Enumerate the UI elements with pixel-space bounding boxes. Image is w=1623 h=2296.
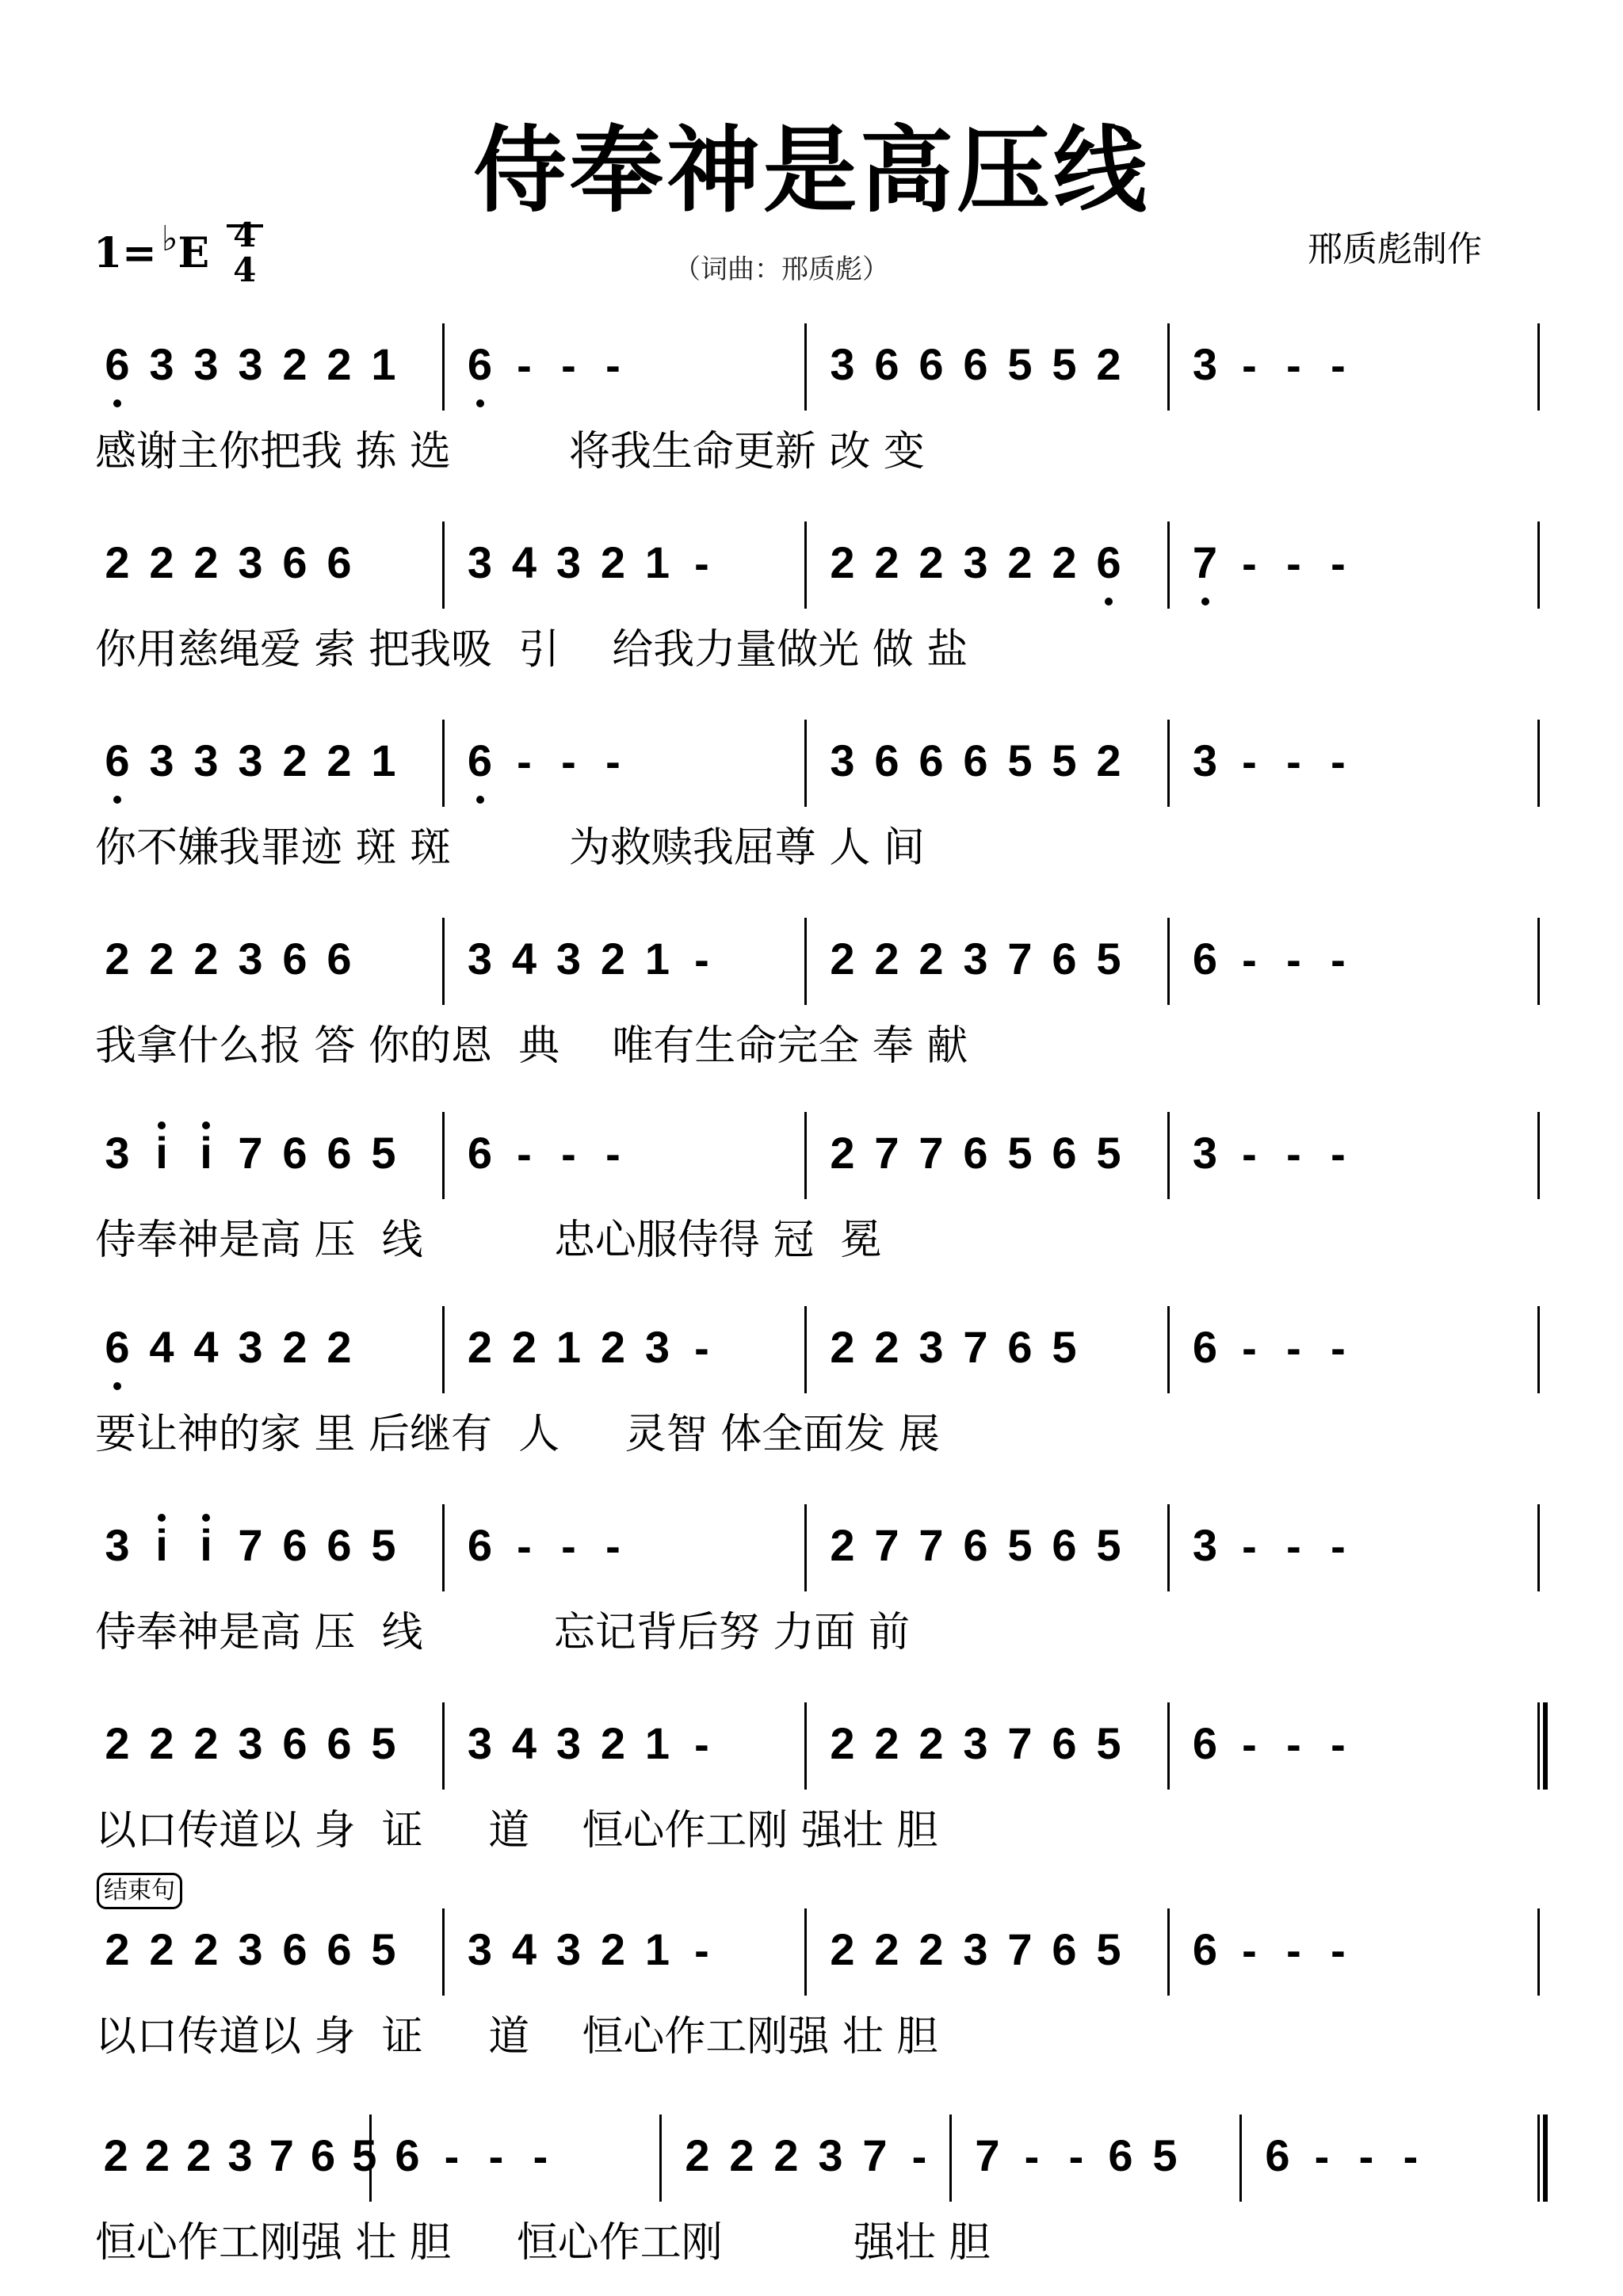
score-row: 3ii76656---27765653---侍奉神是高 压 线 忘记背后努 力面… xyxy=(95,1498,1545,1664)
note: 3 xyxy=(820,713,865,808)
sustain-dash: - xyxy=(1228,537,1272,589)
note: 6 xyxy=(273,1696,317,1791)
barline xyxy=(1167,918,1170,1005)
note: 6 xyxy=(317,515,361,610)
measure: 2223226 xyxy=(820,515,1183,610)
song-title: 侍奉神是高压线 xyxy=(0,95,1623,230)
final-barline xyxy=(1537,2115,1548,2202)
note: 7 xyxy=(1183,515,1228,610)
barline xyxy=(1537,720,1540,807)
measure: 34321- xyxy=(458,1902,821,1997)
note: 7 xyxy=(998,911,1042,1007)
measure: 3666552 xyxy=(820,713,1183,808)
sustain-dash: - xyxy=(1344,2130,1388,2182)
sustain-dash: - xyxy=(591,339,636,391)
note: 3 xyxy=(1183,317,1228,412)
sustain-dash: - xyxy=(680,1924,724,1976)
note: 2 xyxy=(139,1696,184,1791)
sustain-dash: - xyxy=(518,2130,563,2182)
note: 7 xyxy=(228,1498,273,1593)
notation-line: 22236634321-22237656--- xyxy=(95,911,1545,1007)
barline xyxy=(804,720,807,807)
barline xyxy=(1167,1112,1170,1199)
note: 3 xyxy=(547,1696,591,1791)
measure: 2776565 xyxy=(820,1106,1183,1201)
barline xyxy=(1537,1112,1540,1199)
barline xyxy=(1537,918,1540,1005)
lyrics-line: 恒心作工刚强 壮 胆 恒心作工刚 强壮 胆 xyxy=(95,2211,1545,2275)
note: 2 xyxy=(865,515,909,610)
measure: 2223665 xyxy=(95,1902,458,1997)
note: 6 xyxy=(95,317,139,412)
sustain-dash: - xyxy=(547,1520,591,1572)
note: 6 xyxy=(273,1498,317,1593)
note: 7 xyxy=(953,1300,998,1395)
sustain-dash: - xyxy=(502,735,547,787)
note: 2 xyxy=(184,1902,228,1997)
note: 5 xyxy=(1042,713,1086,808)
note: 5 xyxy=(1042,317,1086,412)
sustain-dash: - xyxy=(680,934,724,985)
note: 2 xyxy=(820,515,865,610)
note: 5 xyxy=(361,1696,406,1791)
note: 2 xyxy=(998,515,1042,610)
note: 1 xyxy=(636,911,680,1007)
note: 2 xyxy=(909,515,953,610)
note: 6 xyxy=(953,317,998,412)
measure: 3--- xyxy=(1183,1106,1546,1201)
note: 3 xyxy=(547,911,591,1007)
sustain-dash: - xyxy=(591,735,636,787)
note: 6 xyxy=(1098,2108,1143,2203)
sustain-dash: - xyxy=(1228,1322,1272,1373)
barline xyxy=(949,2115,952,2202)
note: 1 xyxy=(361,713,406,808)
barline xyxy=(804,323,807,411)
note: 4 xyxy=(502,1902,547,1997)
note: 5 xyxy=(1086,911,1131,1007)
note: 3 xyxy=(1183,713,1228,808)
note: 3 xyxy=(547,515,591,610)
note: i xyxy=(184,1498,228,1593)
note: 5 xyxy=(998,1498,1042,1593)
measure: 6--- xyxy=(385,2108,675,2203)
note: 2 xyxy=(1042,515,1086,610)
sustain-dash: - xyxy=(430,2130,474,2182)
lyrics-line: 以口传道以 身 证 道 恒心作工刚 强壮 胆 xyxy=(95,1799,1545,1862)
note: 6 xyxy=(458,713,502,808)
measure: 3--- xyxy=(1183,317,1546,412)
sustain-dash: - xyxy=(1228,934,1272,985)
measure: 3--- xyxy=(1183,713,1546,808)
note: 6 xyxy=(95,1300,139,1395)
measure: 6--- xyxy=(458,317,821,412)
note: 6 xyxy=(909,713,953,808)
sustain-dash: - xyxy=(680,1322,724,1373)
note: 6 xyxy=(1042,1106,1086,1201)
notation-line: 63332216---36665523--- xyxy=(95,713,1545,808)
lyrics-line: 侍奉神是高 压 线 忠心服侍得 冠 冕 xyxy=(95,1209,1545,1272)
note: 2 xyxy=(591,1300,636,1395)
note: 2 xyxy=(820,1498,865,1593)
note: 5 xyxy=(998,1106,1042,1201)
note: 3 xyxy=(228,1696,273,1791)
sustain-dash: - xyxy=(680,1718,724,1770)
note: 3 xyxy=(458,515,502,610)
key-name: E xyxy=(178,229,210,277)
notation-line: 22236634321-22232267--- xyxy=(95,515,1545,610)
sustain-dash: - xyxy=(1228,339,1272,391)
note: 5 xyxy=(998,317,1042,412)
measure: 223765 xyxy=(820,1300,1183,1395)
note: 2 xyxy=(184,911,228,1007)
note: 6 xyxy=(1183,1696,1228,1791)
barline xyxy=(442,323,445,411)
maker-credit: 邢质彪制作 xyxy=(1308,220,1482,271)
measure: 22237- xyxy=(675,2108,965,2203)
note: 3 xyxy=(1183,1498,1228,1593)
note: 2 xyxy=(909,1696,953,1791)
barline xyxy=(804,1112,807,1199)
barline xyxy=(804,918,807,1005)
measure: 22123- xyxy=(458,1300,821,1395)
note: 4 xyxy=(184,1300,228,1395)
measure: 2223765 xyxy=(820,1902,1183,1997)
sustain-dash: - xyxy=(1272,339,1316,391)
sustain-dash: - xyxy=(1316,1322,1361,1373)
measure: 6333221 xyxy=(95,317,458,412)
measure: 2223765 xyxy=(820,911,1183,1007)
measure: 6--- xyxy=(1255,2108,1545,2203)
note: 3 xyxy=(636,1300,680,1395)
measure: 6--- xyxy=(1183,1696,1546,1791)
sustain-dash: - xyxy=(1272,1128,1316,1179)
barline xyxy=(804,1306,807,1393)
note: 3 xyxy=(953,1902,998,1997)
sustain-dash: - xyxy=(1316,1718,1361,1770)
sustain-dash: - xyxy=(1272,934,1316,985)
measure: 6--- xyxy=(458,1498,821,1593)
note: 6 xyxy=(273,1106,317,1201)
note: 6 xyxy=(1042,911,1086,1007)
score-row: 22236634321-22232267---你用慈绳爱 索 把我吸 引 给我力… xyxy=(95,515,1545,682)
barline xyxy=(1167,1504,1170,1591)
sustain-dash: - xyxy=(1272,1322,1316,1373)
measure: 7--- xyxy=(1183,515,1546,610)
note: 5 xyxy=(998,713,1042,808)
note: 2 xyxy=(591,1696,636,1791)
measure: 3--- xyxy=(1183,1498,1546,1593)
measure: 2223665 xyxy=(95,1696,458,1791)
sustain-dash: - xyxy=(1388,2130,1433,2182)
note: 2 xyxy=(317,1300,361,1395)
sustain-dash: - xyxy=(1228,1520,1272,1572)
note: 2 xyxy=(865,1902,909,1997)
notation-line: 22237656---22237-7--656--- xyxy=(95,2108,1545,2203)
score-row: 22236634321-22237656---我拿什么报 答 你的恩 典 唯有生… xyxy=(95,911,1545,1078)
notation-line: 3ii76656---27765653--- xyxy=(95,1106,1545,1201)
note: 6 xyxy=(317,1106,361,1201)
note: 5 xyxy=(361,1498,406,1593)
measure: 34321- xyxy=(458,515,821,610)
barline xyxy=(804,521,807,609)
note: 3 xyxy=(139,713,184,808)
sustain-dash: - xyxy=(1316,1520,1361,1572)
time-signature: 4 4 xyxy=(233,218,256,288)
note: 2 xyxy=(820,1902,865,1997)
note: 2 xyxy=(820,1106,865,1201)
sustain-dash: - xyxy=(1316,934,1361,985)
score-row: 63332216---36665523---感谢主你把我 拣 选 将我生命更新 … xyxy=(95,317,1545,483)
key-signature: 1= ♭ E 4 4 xyxy=(94,218,256,288)
barline xyxy=(1167,720,1170,807)
note: 2 xyxy=(184,515,228,610)
sustain-dash: - xyxy=(474,2130,518,2182)
note: 3 xyxy=(95,1498,139,1593)
note: 3 xyxy=(909,1300,953,1395)
barline xyxy=(804,1908,807,1996)
note: 2 xyxy=(820,1300,865,1395)
note: 2 xyxy=(591,515,636,610)
note: 5 xyxy=(1042,1300,1086,1395)
note: 5 xyxy=(361,1106,406,1201)
note: 2 xyxy=(317,317,361,412)
notation-line: 3ii76656---27765653--- xyxy=(95,1498,1545,1593)
note: 2 xyxy=(1086,317,1131,412)
measure: 6--- xyxy=(1183,1300,1546,1395)
sustain-dash: - xyxy=(1272,735,1316,787)
barline xyxy=(369,2115,372,2202)
barline xyxy=(442,1702,445,1790)
measure: 222366 xyxy=(95,515,458,610)
note: 2 xyxy=(95,911,139,1007)
note: 7 xyxy=(965,2108,1010,2203)
note: 2 xyxy=(820,1696,865,1791)
sustain-dash: - xyxy=(547,1128,591,1179)
measure: 222366 xyxy=(95,911,458,1007)
note: 5 xyxy=(1086,1498,1131,1593)
sustain-dash: - xyxy=(1316,735,1361,787)
note: 2 xyxy=(95,1902,139,1997)
score-row: 63332216---36665523---你不嫌我罪迹 斑 斑 为救赎我屈尊 … xyxy=(95,713,1545,880)
note: 3 xyxy=(953,515,998,610)
note: 1 xyxy=(636,1696,680,1791)
time-bottom: 4 xyxy=(233,253,256,288)
note: 3 xyxy=(228,515,273,610)
note: 3 xyxy=(95,1106,139,1201)
barline xyxy=(1167,1908,1170,1996)
note: 3 xyxy=(139,317,184,412)
barline xyxy=(1537,1908,1540,1996)
note: 6 xyxy=(1183,1902,1228,1997)
note: 6 xyxy=(1086,515,1131,610)
sustain-dash: - xyxy=(1054,2130,1098,2182)
note: 5 xyxy=(361,1902,406,1997)
note: 2 xyxy=(139,515,184,610)
notation-line: 63332216---36665523--- xyxy=(95,317,1545,412)
note: 6 xyxy=(317,1902,361,1997)
key-tonic: 1= xyxy=(94,229,157,277)
note: 6 xyxy=(953,1106,998,1201)
note: 6 xyxy=(458,1498,502,1593)
barline xyxy=(442,521,445,609)
note: 2 xyxy=(591,1902,636,1997)
note: 6 xyxy=(458,1106,502,1201)
note: 3 xyxy=(458,1902,502,1997)
measure: 6--- xyxy=(458,1106,821,1201)
note: 2 xyxy=(95,515,139,610)
lyrics-line: 感谢主你把我 拣 选 将我生命更新 改 变 xyxy=(95,420,1545,483)
note: 3 xyxy=(228,317,273,412)
note: 3 xyxy=(184,713,228,808)
note: 2 xyxy=(95,1696,139,1791)
final-barline xyxy=(1537,1702,1548,1790)
lyrics-line: 你不嫌我罪迹 斑 斑 为救赎我屈尊 人 间 xyxy=(95,816,1545,880)
note: 2 xyxy=(458,1300,502,1395)
barline xyxy=(442,720,445,807)
lyrics-music-credit: （词曲：邢质彪） xyxy=(674,247,889,286)
note: 2 xyxy=(502,1300,547,1395)
score-row: 22237656---22237-7--656---恒心作工刚强 壮 胆 恒心作… xyxy=(95,2108,1545,2275)
note: 1 xyxy=(636,515,680,610)
sustain-dash: - xyxy=(502,1128,547,1179)
note: 7 xyxy=(261,2108,302,2203)
sustain-dash: - xyxy=(1272,537,1316,589)
note: 7 xyxy=(909,1498,953,1593)
sustain-dash: - xyxy=(897,2130,941,2182)
note: 3 xyxy=(953,911,998,1007)
note: 7 xyxy=(853,2108,897,2203)
note: 3 xyxy=(458,911,502,1007)
note: 1 xyxy=(636,1902,680,1997)
note: 2 xyxy=(184,1696,228,1791)
note: 6 xyxy=(865,317,909,412)
barline xyxy=(1537,323,1540,411)
note: 3 xyxy=(228,1300,273,1395)
note: 2 xyxy=(865,1300,909,1395)
note: 4 xyxy=(139,1300,184,1395)
sustain-dash: - xyxy=(1228,1128,1272,1179)
note: 2 xyxy=(317,713,361,808)
note: 6 xyxy=(273,1902,317,1997)
measure: 6--- xyxy=(458,713,821,808)
barline xyxy=(442,1112,445,1199)
note: 3 xyxy=(228,713,273,808)
sustain-dash: - xyxy=(1316,339,1361,391)
note: 2 xyxy=(865,911,909,1007)
note: 1 xyxy=(361,317,406,412)
note: 2 xyxy=(909,911,953,1007)
barline xyxy=(804,1702,807,1790)
sustain-dash: - xyxy=(1228,1718,1272,1770)
sustain-dash: - xyxy=(680,537,724,589)
note: 3 xyxy=(953,1696,998,1791)
note: 2 xyxy=(139,1902,184,1997)
note: 1 xyxy=(547,1300,591,1395)
note: 6 xyxy=(385,2108,430,2203)
lyrics-line: 我拿什么报 答 你的恩 典 唯有生命完全 奉 献 xyxy=(95,1014,1545,1078)
note: 5 xyxy=(1086,1902,1131,1997)
note: 2 xyxy=(909,1902,953,1997)
note: 7 xyxy=(998,1902,1042,1997)
sustain-dash: - xyxy=(502,1520,547,1572)
note: 2 xyxy=(591,911,636,1007)
note: 3 xyxy=(547,1902,591,1997)
note: 6 xyxy=(1042,1498,1086,1593)
barline xyxy=(804,1504,807,1591)
measure: 34321- xyxy=(458,1696,821,1791)
measure: 2776565 xyxy=(820,1498,1183,1593)
barline xyxy=(1537,1504,1540,1591)
barline xyxy=(442,1908,445,1996)
note: 7 xyxy=(998,1696,1042,1791)
sustain-dash: - xyxy=(1228,1924,1272,1976)
note: 5 xyxy=(1086,1696,1131,1791)
time-fraction-bar xyxy=(227,224,263,227)
note: 6 xyxy=(1183,1300,1228,1395)
note: 7 xyxy=(865,1498,909,1593)
notation-line: 222366534321-22237656--- xyxy=(95,1696,1545,1791)
note: 2 xyxy=(820,911,865,1007)
sustain-dash: - xyxy=(1272,1718,1316,1770)
note: 3 xyxy=(1183,1106,1228,1201)
note: 2 xyxy=(764,2108,808,2203)
note: 6 xyxy=(458,317,502,412)
measure: 3ii7665 xyxy=(95,1498,458,1593)
score-row: 64432222123-2237656---要让神的家 里 后继有 人 灵智 体… xyxy=(95,1300,1545,1466)
note: 4 xyxy=(502,515,547,610)
note: 7 xyxy=(865,1106,909,1201)
lyrics-line: 侍奉神是高 压 线 忘记背后努 力面 前 xyxy=(95,1601,1545,1664)
score-row: 222366534321-22237656---以口传道以 身 证 道 恒心作工… xyxy=(95,1902,1545,2069)
lyrics-line: 你用慈绳爱 索 把我吸 引 给我力量做光 做 盐 xyxy=(95,618,1545,682)
lyrics-line: 要让神的家 里 后继有 人 灵智 体全面发 展 xyxy=(95,1403,1545,1466)
note: 6 xyxy=(1255,2108,1300,2203)
sustain-dash: - xyxy=(502,339,547,391)
barline xyxy=(442,1504,445,1591)
note: 7 xyxy=(909,1106,953,1201)
sustain-dash: - xyxy=(547,339,591,391)
note: i xyxy=(139,1106,184,1201)
note: 6 xyxy=(317,1498,361,1593)
note: 2 xyxy=(273,317,317,412)
measure: 2223765 xyxy=(820,1696,1183,1791)
measure: 644322 xyxy=(95,1300,458,1395)
note: 6 xyxy=(317,1696,361,1791)
note: 2 xyxy=(675,2108,720,2203)
note: 3 xyxy=(228,911,273,1007)
sustain-dash: - xyxy=(591,1128,636,1179)
sustain-dash: - xyxy=(1316,537,1361,589)
barline xyxy=(442,918,445,1005)
note: 5 xyxy=(1086,1106,1131,1201)
barline xyxy=(1537,1306,1540,1393)
barline xyxy=(442,1306,445,1393)
note: 7 xyxy=(228,1106,273,1201)
note: 4 xyxy=(502,1696,547,1791)
sustain-dash: - xyxy=(591,1520,636,1572)
note: 6 xyxy=(317,911,361,1007)
note: 6 xyxy=(909,317,953,412)
note: 6 xyxy=(302,2108,343,2203)
note: 6 xyxy=(1042,1902,1086,1997)
measure: 2223765 xyxy=(95,2108,385,2203)
measure: 6--- xyxy=(1183,1902,1546,1997)
barline xyxy=(1537,521,1540,609)
note: 2 xyxy=(178,2108,220,2203)
note: 2 xyxy=(865,1696,909,1791)
measure: 7--65 xyxy=(965,2108,1255,2203)
